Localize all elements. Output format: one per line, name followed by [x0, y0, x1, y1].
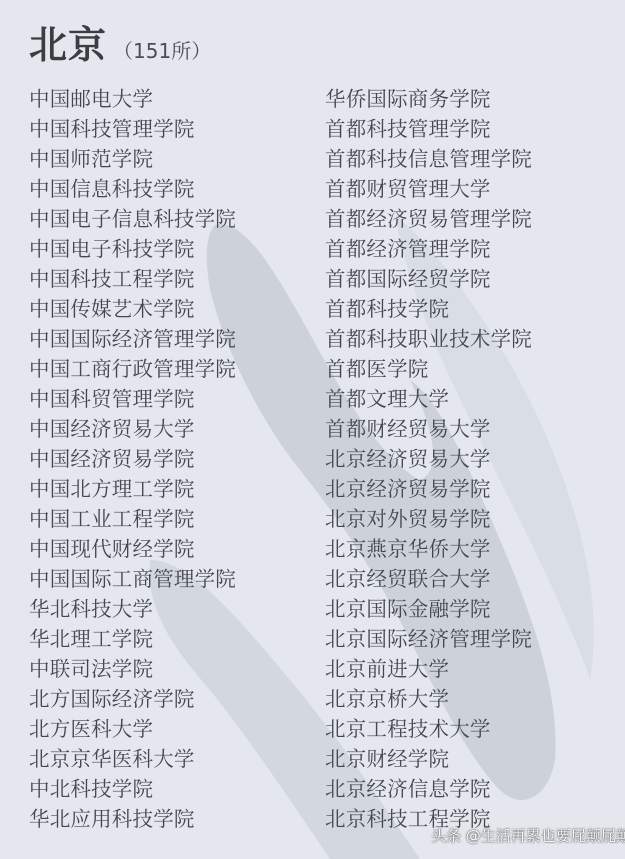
- list-item: 北京经贸联合大学: [325, 564, 532, 594]
- list-item: 华北应用科技学院: [29, 804, 236, 834]
- credit-text: 头条 @生活再累也要屁颠屁颠的过: [431, 827, 625, 845]
- list-item: 华北科技大学: [29, 594, 236, 624]
- list-item: 北京国际经济管理学院: [325, 624, 532, 654]
- list-item: 中国科技管理学院: [29, 114, 236, 144]
- list-item: 北方医科大学: [29, 714, 236, 744]
- heading: 北京 （151所）: [29, 26, 211, 64]
- school-list-right: 华侨国际商务学院 首都科技管理学院 首都科技信息管理学院 首都财贸管理大学 首都…: [325, 84, 532, 834]
- list-item: 中北科技学院: [29, 774, 236, 804]
- list-item: 中国传媒艺术学院: [29, 294, 236, 324]
- list-item: 北京工程技术大学: [325, 714, 532, 744]
- list-item: 中联司法学院: [29, 654, 236, 684]
- list-item: 北京燕京华侨大学: [325, 534, 532, 564]
- list-item: 中国经济贸易学院: [29, 444, 236, 474]
- list-item: 华北理工学院: [29, 624, 236, 654]
- list-item: 中国科技工程学院: [29, 264, 236, 294]
- list-item: 中国现代财经学院: [29, 534, 236, 564]
- list-item: 首都医学院: [325, 354, 532, 384]
- list-item: 北京京桥大学: [325, 684, 532, 714]
- list-item: 华侨国际商务学院: [325, 84, 532, 114]
- list-item: 北京前进大学: [325, 654, 532, 684]
- list-item: 首都经济管理学院: [325, 234, 532, 264]
- list-item: 首都财经贸易大学: [325, 414, 532, 444]
- list-item: 首都国际经贸学院: [325, 264, 532, 294]
- list-item: 首都科技学院: [325, 294, 532, 324]
- list-item: 首都科技管理学院: [325, 114, 532, 144]
- list-item: 中国电子信息科技学院: [29, 204, 236, 234]
- list-item: 北京财经学院: [325, 744, 532, 774]
- source-credit: 头条 @生活再累也要屁颠屁颠的过520: [431, 826, 625, 846]
- list-item: 北方国际经济学院: [29, 684, 236, 714]
- list-item: 中国国际经济管理学院: [29, 324, 236, 354]
- list-item: 中国北方理工学院: [29, 474, 236, 504]
- list-item: 北京经济信息学院: [325, 774, 532, 804]
- list-item: 首都文理大学: [325, 384, 532, 414]
- school-count: （151所）: [113, 41, 211, 61]
- list-item: 首都科技信息管理学院: [325, 144, 532, 174]
- list-item: 中国师范学院: [29, 144, 236, 174]
- list-item: 中国信息科技学院: [29, 174, 236, 204]
- list-item: 中国工业工程学院: [29, 504, 236, 534]
- list-item: 北京对外贸易学院: [325, 504, 532, 534]
- list-item: 北京经济贸易学院: [325, 474, 532, 504]
- list-item: 中国经济贸易大学: [29, 414, 236, 444]
- page-content: 北京 （151所） 中国邮电大学 中国科技管理学院 中国师范学院 中国信息科技学…: [0, 0, 625, 859]
- page-title: 北京: [29, 26, 107, 64]
- list-item: 中国邮电大学: [29, 84, 236, 114]
- list-item: 首都经济贸易管理学院: [325, 204, 532, 234]
- list-item: 北京经济贸易大学: [325, 444, 532, 474]
- list-item: 中国国际工商管理学院: [29, 564, 236, 594]
- list-item: 北京国际金融学院: [325, 594, 532, 624]
- school-list-left: 中国邮电大学 中国科技管理学院 中国师范学院 中国信息科技学院 中国电子信息科技…: [29, 84, 236, 834]
- list-item: 中国电子科技学院: [29, 234, 236, 264]
- list-item: 首都财贸管理大学: [325, 174, 532, 204]
- list-item: 中国科贸管理学院: [29, 384, 236, 414]
- list-item: 首都科技职业技术学院: [325, 324, 532, 354]
- list-item: 北京京华医科大学: [29, 744, 236, 774]
- list-item: 中国工商行政管理学院: [29, 354, 236, 384]
